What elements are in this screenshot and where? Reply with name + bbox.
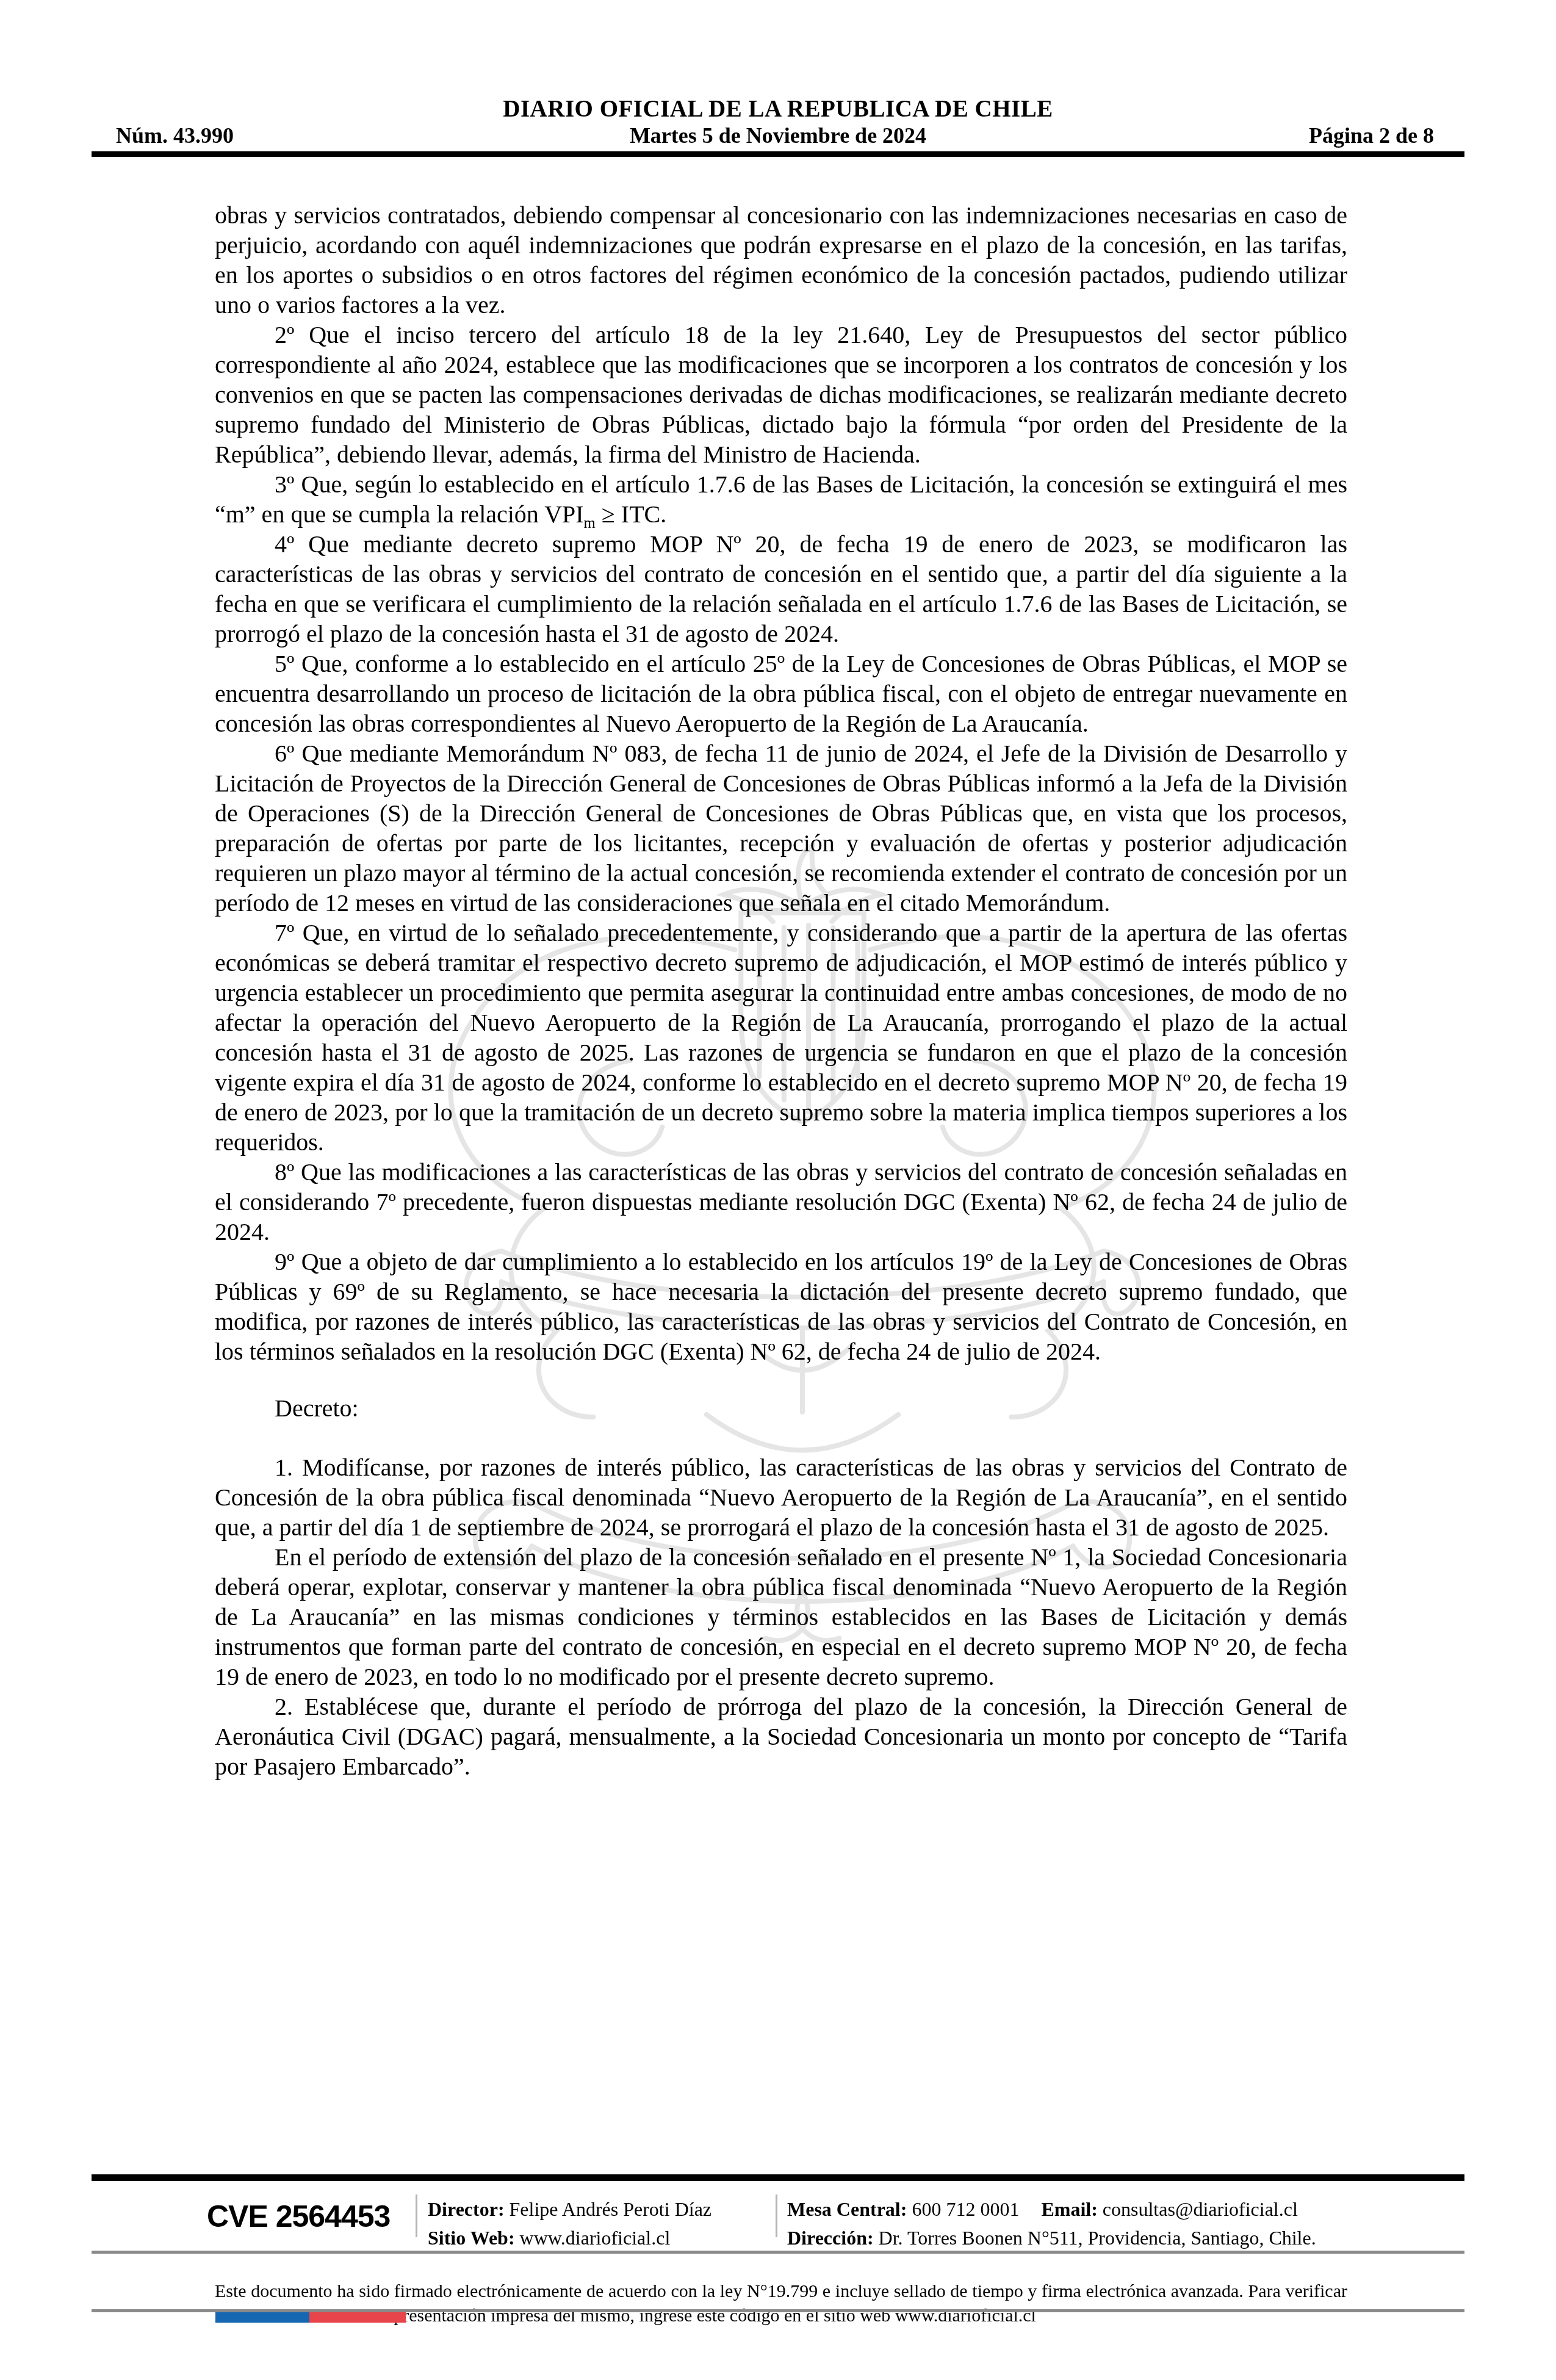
director-line: Director: Felipe Andrés Peroti Díaz <box>428 2195 711 2224</box>
page-indicator: Página 2 de 8 <box>1309 123 1434 148</box>
body-paragraph: 1. Modifícanse, por razones de interés p… <box>215 1452 1347 1542</box>
body-paragraph: 2. Establécese que, durante el período d… <box>215 1692 1347 1781</box>
footer-divider <box>776 2194 777 2237</box>
paragraph-text: ≥ ITC. <box>596 500 666 528</box>
body-paragraph: En el período de extensión del plazo de … <box>215 1542 1347 1692</box>
director-label: Director: <box>428 2198 505 2220</box>
direccion-label: Dirección: <box>787 2227 874 2249</box>
body-paragraph: 9º Que a objeto de dar cumplimiento a lo… <box>215 1247 1347 1366</box>
cve-code: CVE 2564453 <box>207 2199 390 2234</box>
mesa-central-value: 600 712 0001 <box>912 2198 1019 2220</box>
direccion-line: Dirección: Dr. Torres Boonen N°511, Prov… <box>787 2224 1316 2252</box>
email-value: consultas@diarioficial.cl <box>1103 2198 1298 2220</box>
director-value: Felipe Andrés Peroti Díaz <box>510 2198 711 2220</box>
mesa-central-label: Mesa Central: <box>787 2198 907 2220</box>
direccion-value: Dr. Torres Boonen N°511, Providencia, Sa… <box>879 2227 1316 2249</box>
body-paragraph: obras y servicios contratados, debiendo … <box>215 200 1347 320</box>
document-body: obras y servicios contratados, debiendo … <box>215 200 1347 1781</box>
decreto-heading: Decreto: <box>215 1393 1347 1423</box>
body-paragraph: 4º Que mediante decreto supremo MOP Nº 2… <box>215 529 1347 649</box>
chile-flag-mark <box>215 2312 406 2323</box>
header-rule <box>92 151 1464 157</box>
footer-contact-block: Mesa Central: 600 712 0001Email: consult… <box>787 2195 1316 2252</box>
body-paragraph: 2º Que el inciso tercero del artículo 18… <box>215 320 1347 469</box>
gazette-page: DIARIO OFICIAL DE LA REPUBLICA DE CHILE … <box>0 0 1556 2380</box>
paragraph-text: 3º Que, según lo establecido en el artíc… <box>215 471 1347 528</box>
body-paragraph: 8º Que las modificaciones a las caracter… <box>215 1157 1347 1247</box>
publication-title: DIARIO OFICIAL DE LA REPUBLICA DE CHILE <box>0 95 1556 123</box>
mesa-email-line: Mesa Central: 600 712 0001Email: consult… <box>787 2195 1316 2224</box>
sitio-value: www.diarioficial.cl <box>520 2227 671 2249</box>
footer-director-block: Director: Felipe Andrés Peroti Díaz Siti… <box>428 2195 711 2252</box>
footer-divider <box>416 2194 417 2237</box>
flag-red-stripe <box>309 2312 406 2323</box>
footer-rule <box>92 2174 1464 2181</box>
body-paragraph: 6º Que mediante Memorándum Nº 083, de fe… <box>215 738 1347 918</box>
body-paragraph: 5º Que, conforme a lo establecido en el … <box>215 649 1347 738</box>
sitio-label: Sitio Web: <box>428 2227 515 2249</box>
sitio-line: Sitio Web: www.diarioficial.cl <box>428 2224 711 2252</box>
footer-rule-gray <box>92 2251 1464 2254</box>
email-label: Email: <box>1041 2198 1097 2220</box>
body-paragraph: 3º Que, según lo establecido en el artíc… <box>215 469 1347 529</box>
body-paragraph: 7º Que, en virtud de lo señalado precede… <box>215 918 1347 1157</box>
flag-blue-stripe <box>215 2312 309 2323</box>
